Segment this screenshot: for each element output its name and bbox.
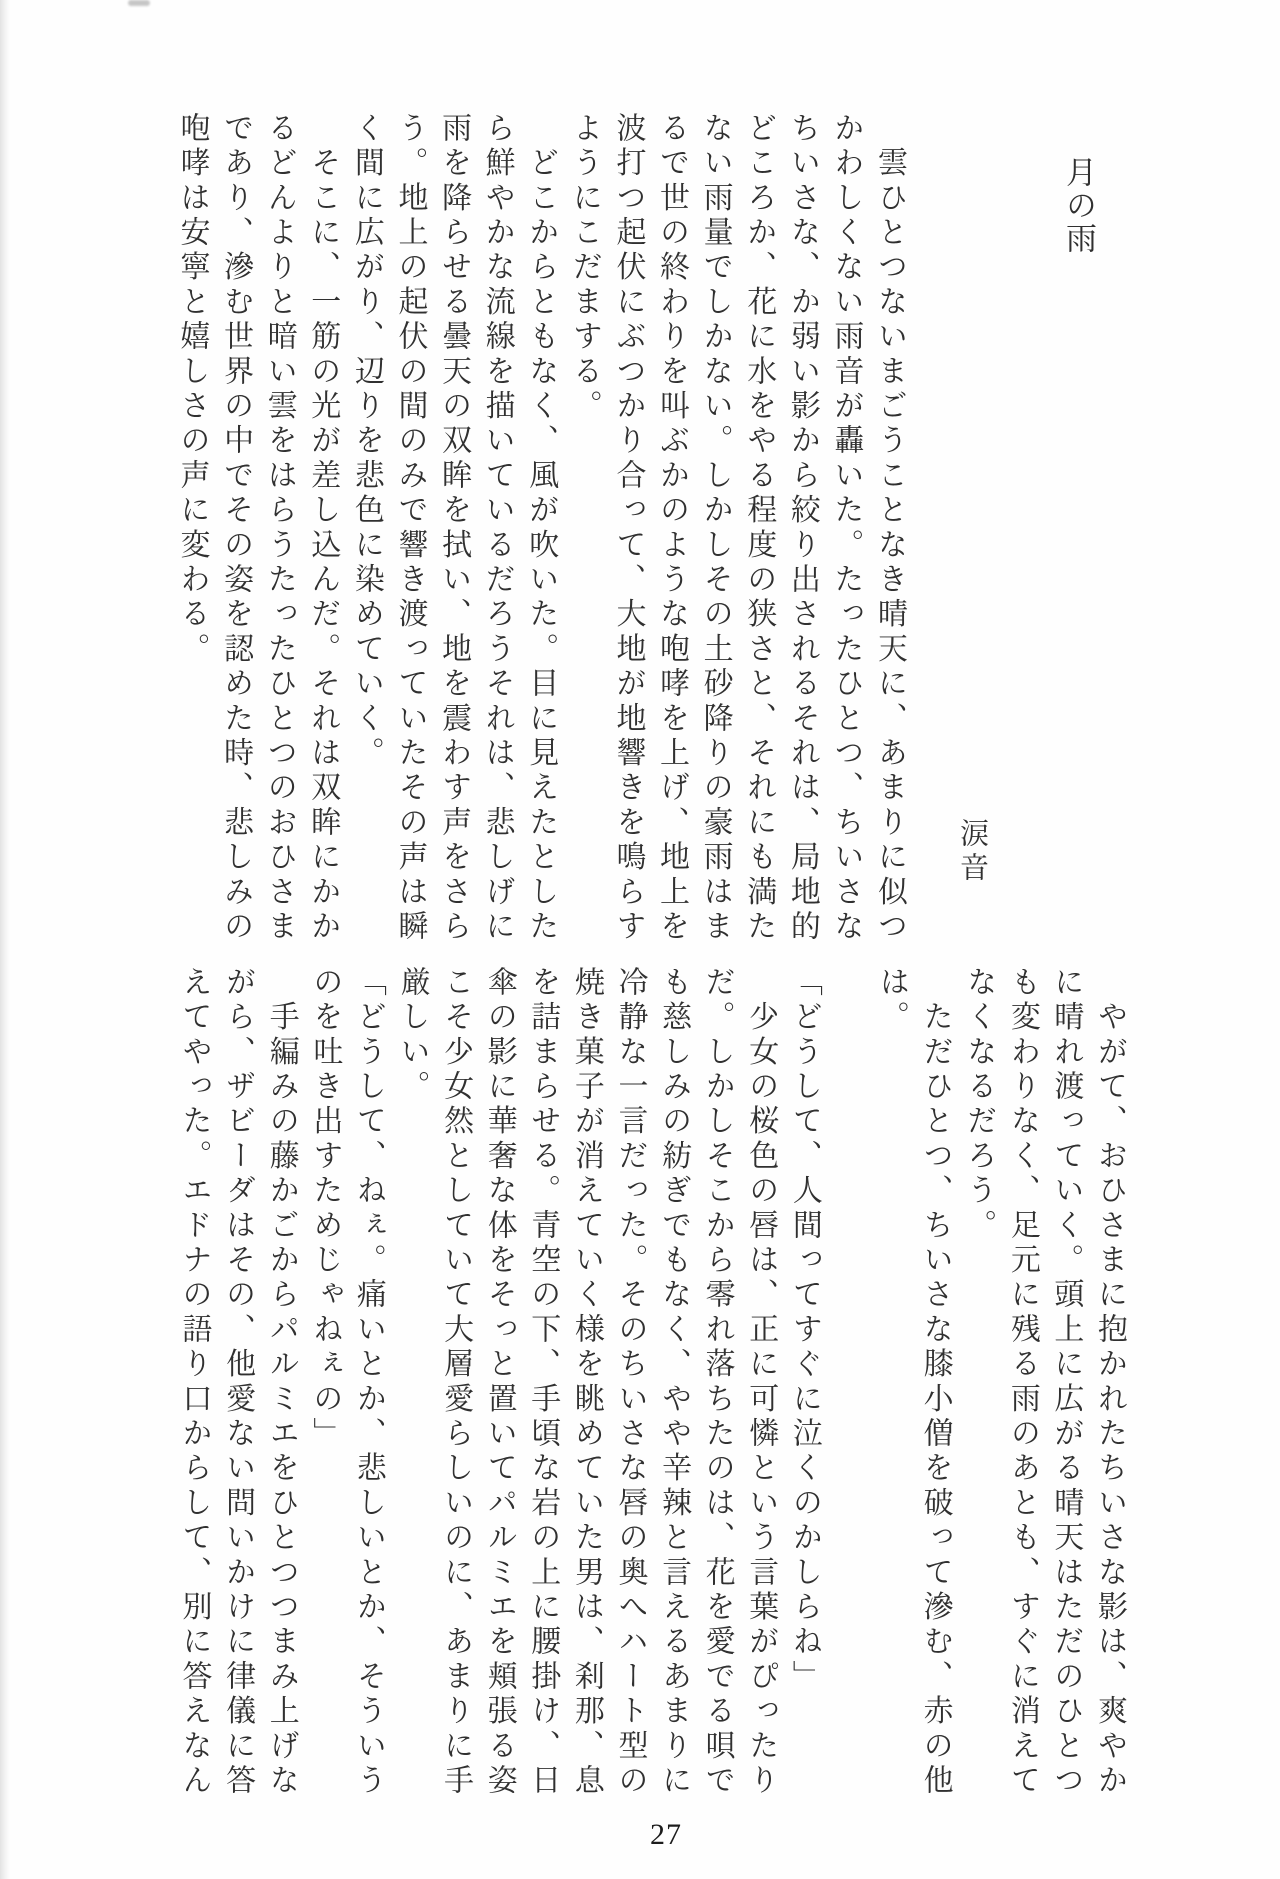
scan-artifact [128,0,150,6]
text-column: かわしくない雨音が轟いた。たったひとつ、ちいさな [824,112,868,952]
text-column: 雲ひとつないまごうことなき晴天に、あまりに似つ [867,112,911,952]
text-column-blank [826,966,870,1806]
text-column: く間に広がり、辺りを悲色に染めていく。 [344,112,388,952]
text-column: は。 [869,966,913,1806]
text-column: どころか、花に水をやる程度の狭さと、それにも満た [737,112,781,952]
story-author: 涙音 [953,818,991,886]
text-column: ようにこだまする。 [562,112,606,952]
main-text-block: やがて、おひさまに抱かれたちいさな影は、爽やか に晴れ渡っていく。頭上に広がる晴… [172,966,1131,1806]
text-column: るどんよりと暗い雲をはらうたったひとつのおひさま [257,112,301,952]
text-column: るで世の終わりを叫ぶかのような咆哮を上げ、地上を [649,112,693,952]
text-column: であり、滲む世界の中でその姿を認めた時、悲しみの [214,112,258,952]
text-column: ら鮮やかな流線を描いているだろうそれは、悲しげに [475,112,519,952]
text-column: のを吐き出すためじゃねぇの」 [303,966,347,1806]
text-column: う。地上の起伏の間のみで響き渡っていたその声は瞬 [388,112,432,952]
text-column: なくなるだろう。 [957,966,1001,1806]
scanned-page: 月の雨 涙音 雲ひとつないまごうことなき晴天に、あまりに似つ かわしくない雨音が… [0,0,1280,1879]
text-column: 厳しい。 [390,966,434,1806]
text-column: えてやった。エドナの語り口からして、別に答えなん [172,966,216,1806]
text-column: 「どうして、ねぇ。痛いとか、悲しいとか、そういう [346,966,390,1806]
prologue-text-block: 雲ひとつないまごうことなき晴天に、あまりに似つ かわしくない雨音が轟いた。たった… [170,112,911,952]
text-column: 咆哮は安寧と嬉しさの声に変わる。 [170,112,214,952]
text-column: ちいさな、か弱い影から絞り出されるそれは、局地的 [780,112,824,952]
text-column: も慈しみの紡ぎでもなく、やや辛辣と言えるあまりに [651,966,695,1806]
text-column: 冷静な一言だった。そのちいさな唇の奥へハート型の [608,966,652,1806]
text-column: 傘の影に華奢な体をそっと置いてパルミエを頬張る姿 [477,966,521,1806]
text-column: も変わりなく、足元に残る雨のあとも、すぐに消えて [1000,966,1044,1806]
text-column: そこに、一筋の光が差し込んだ。それは双眸にかか [301,112,345,952]
text-column: ただひとつ、ちいさな膝小僧を破って滲む、赤の他 [913,966,957,1806]
text-column: 焼き菓子が消えていく様を眺めていた男は、刹那、息 [564,966,608,1806]
text-column: 雨を降らせる曇天の双眸を拭い、地を震わす声をさら [431,112,475,952]
text-column: 波打つ起伏にぶつかり合って、大地が地響きを鳴らす [606,112,650,952]
text-column: やがて、おひさまに抱かれたちいさな影は、爽やか [1087,966,1131,1806]
text-column: どこからともなく、風が吹いた。目に見えたとした [519,112,563,952]
text-column: 少女の桜色の唇は、正に可憐という言葉がぴったり [739,966,783,1806]
text-column: 「どうして、人間ってすぐに泣くのかしらね」 [782,966,826,1806]
text-column: ない雨量でしかない。しかしその土砂降りの豪雨はま [693,112,737,952]
text-column: に晴れ渡っていく。頭上に広がる晴天はただのひとつ [1044,966,1088,1806]
scan-edge-shadow [0,0,10,1879]
text-column: こそ少女然としていて大層愛らしいのに、あまりに手 [434,966,478,1806]
text-column: を詰まらせる。青空の下、手頃な岩の上に腰掛け、日 [521,966,565,1806]
story-title: 月の雨 [1058,156,1098,255]
page-number: 27 [650,1818,682,1852]
text-column: がら、ザビーダはその、他愛ない問いかけに律儀に答 [216,966,260,1806]
text-column: だ。しかしそこから零れ落ちたのは、花を愛でる唄で [695,966,739,1806]
text-column: 手編みの藤かごからパルミエをひとつつまみ上げな [259,966,303,1806]
